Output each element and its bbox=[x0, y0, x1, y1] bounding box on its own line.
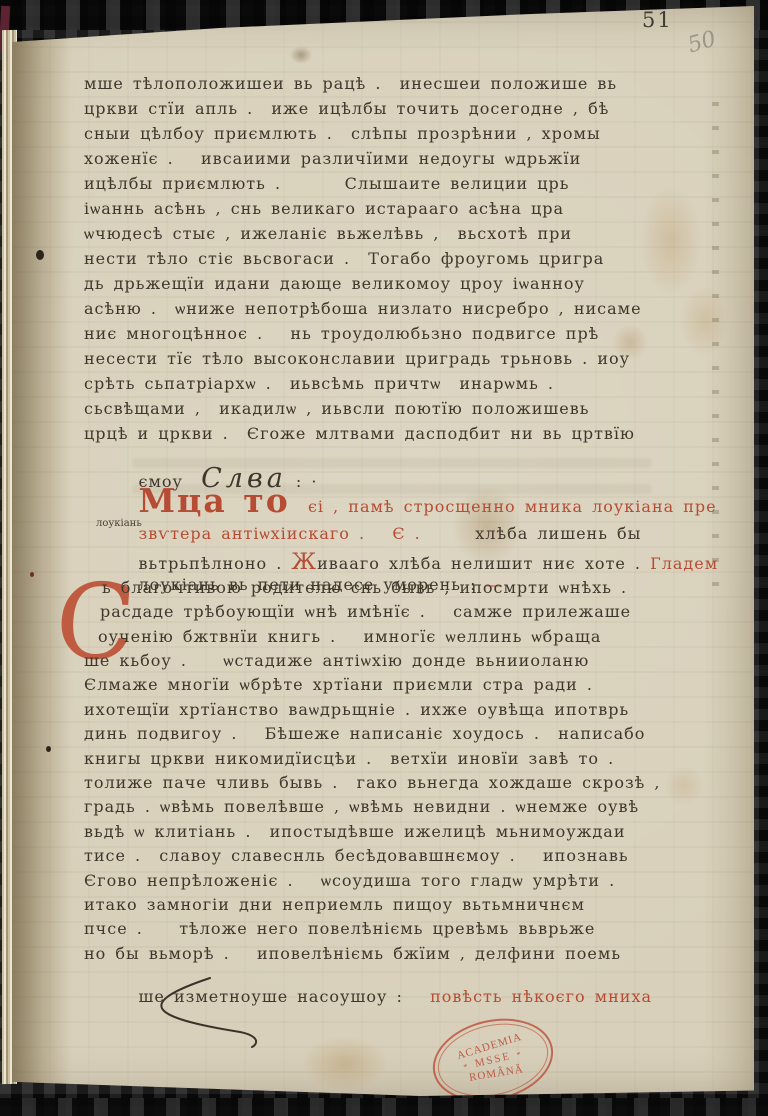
text-line: асѣню . ѡниже непотрѣбоша низлато нисреб… bbox=[84, 299, 724, 324]
text-line: толиже паче чливь бывь . гако вьнегда хо… bbox=[84, 773, 724, 798]
text-line: срѣть сьпатріархѡ . иьвсѣмь причтѡ инарѡ… bbox=[84, 374, 724, 399]
interlinear-gloss: лоукіань bbox=[96, 518, 142, 529]
text-line: нести тѣло стіє вьсвогаси . Тогабо фроуг… bbox=[84, 249, 724, 274]
stain bbox=[302, 1036, 388, 1092]
text-line: ше кьбоу . ѡстадиже антіѡхію донде вьнии… bbox=[84, 651, 724, 676]
text-line: ниє многоцѣнноє . нь троудолюбьзно подви… bbox=[84, 324, 724, 349]
rubric-line-1: Мца то єі , памѣ стросщенно мника лоукіа… bbox=[84, 462, 724, 500]
rubric-line-3: вьтрьпѣлноно . Живааго хлѣба нелишит ниє… bbox=[84, 531, 724, 556]
text-line: вьдѣ ѡ клитіань . ипостыдѣвше ижелицѣ мь… bbox=[84, 822, 724, 847]
binding-cloth-bottom bbox=[0, 1098, 768, 1116]
worm-hole bbox=[36, 250, 44, 260]
text-line: пчсе . тѣложе него повелѣніємь цревѣмь в… bbox=[84, 919, 724, 944]
text-line: ь благочтивою родителю снь бывь , ипосмр… bbox=[102, 578, 742, 603]
text-line: сныи цѣлбоу приємлють . слѣпы прозрѣнии … bbox=[84, 124, 724, 149]
text-line: градь . ѡвѣмь повелѣвше , ѡвѣмь невидни … bbox=[84, 797, 724, 822]
text-line: ѡчюдесѣ стыє , ижеланіє вьжелѣвь , вьсхо… bbox=[84, 224, 724, 249]
text-line: несести тїє тѣло высоконславии цриградь … bbox=[84, 349, 724, 374]
text-line: дь дрьжещїи идани дающе великомоу цроу і… bbox=[84, 274, 724, 299]
text-line: динь подвигоу . Бѣшеже написаніє хоудось… bbox=[84, 724, 724, 749]
text-line: книгы цркви никомидїисцѣи . ветхїи иновї… bbox=[84, 749, 724, 774]
text-line: хоженїє . ивсаиими различїими недоугы ѡд… bbox=[84, 149, 724, 174]
rubric-line-2: звѵтера антіѡхіискаго . Є . хлѣба лишень… bbox=[84, 505, 724, 530]
stamp-star-left: * bbox=[462, 1061, 470, 1071]
text-line: Єгово непрѣложеніє . ѡсоудиша того гладѡ… bbox=[84, 871, 724, 896]
stamp-top-text: ACADEMIA bbox=[456, 1031, 524, 1062]
gutter-shadow bbox=[12, 6, 70, 1096]
folio-number-ink: 51 bbox=[642, 8, 673, 32]
text-line: цркви стїи апль . иже ицѣлбы точить досе… bbox=[84, 99, 724, 124]
text-line: ихотещїи хртїанство ваѡдрьщніе . ихже оу… bbox=[84, 700, 724, 725]
text-line: Єлмаже многїи ѡбрѣте хртїани приємли стр… bbox=[84, 675, 724, 700]
text-line: ицѣлбы приємлють . Слышаите велиции црь bbox=[84, 174, 724, 199]
text-line-last: ше изметноуше насоушоу : повѣсть нѣкоєго… bbox=[84, 968, 724, 993]
ink-speck bbox=[30, 572, 34, 577]
text-line: іѡаннь асѣнь , снь великаго истарааго ас… bbox=[84, 199, 724, 224]
ink-speck bbox=[46, 746, 51, 752]
text-line: тисе . славоу славеснль бесѣдовавшнємоу … bbox=[84, 846, 724, 871]
colophon-red: повѣсть нѣкоєго мниха bbox=[430, 987, 652, 1006]
text-line: оученію бжтвнїи книгь . имногїє ѡеллинь … bbox=[98, 627, 738, 652]
text-line: расдаде трѣбоующїи ѡнѣ имѣнїє . самже пр… bbox=[100, 602, 740, 627]
text-line: но бы вьморѣ . иповелѣніємь бжїим , делф… bbox=[84, 944, 724, 969]
stamp-star-right: * bbox=[516, 1049, 524, 1059]
text-line: итако замногіи дни неприемль пищоу вьтьм… bbox=[84, 895, 724, 920]
library-stamp: ACADEMIA * MSSE * ROMÂNĂ bbox=[425, 1007, 562, 1112]
text-line: сьсвѣщами , икадилѡ , иьвсли поютїю поло… bbox=[84, 399, 724, 424]
stamp-bottom-text: ROMÂNĂ bbox=[468, 1063, 524, 1083]
manuscript-page: 51 50 мше тѣлоположишеи вь рацѣ . инесше… bbox=[12, 6, 754, 1096]
text-segment: ше изметноуше насоушоу : bbox=[139, 987, 431, 1006]
text-line: мше тѣлоположишеи вь рацѣ . инесшеи поло… bbox=[84, 74, 724, 99]
